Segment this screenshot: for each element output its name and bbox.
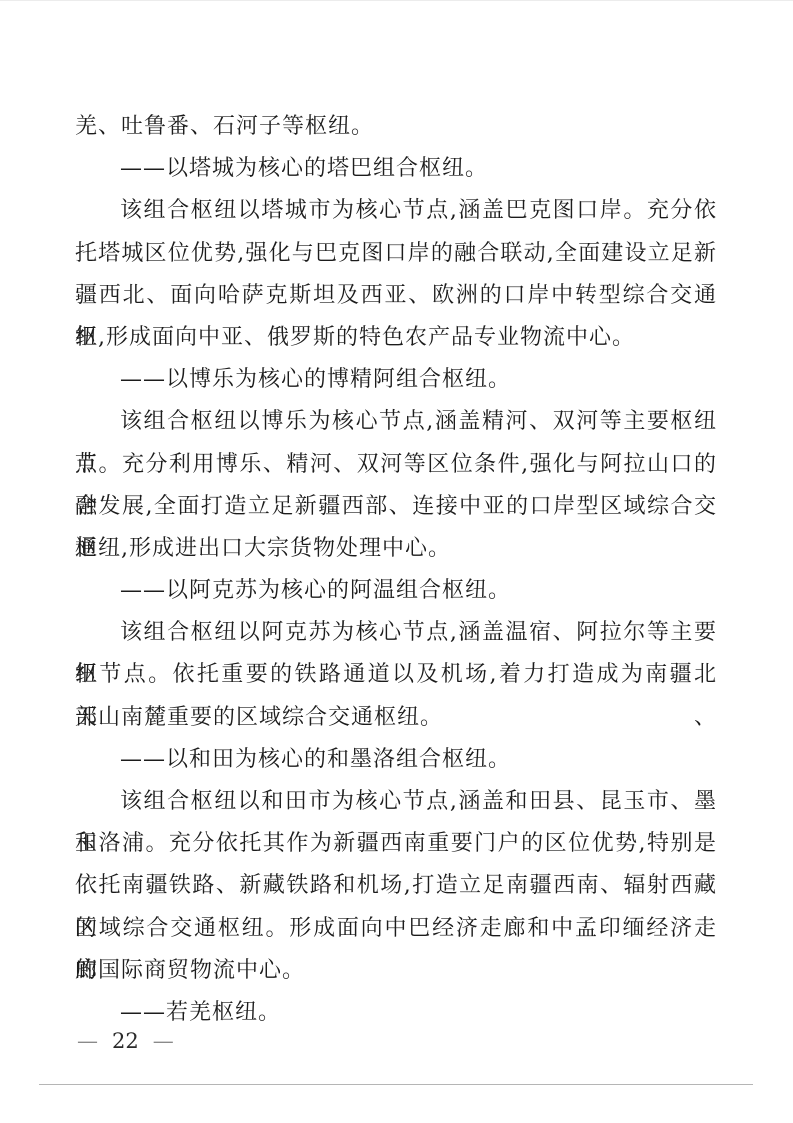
text-line: 合发展,全面打造立足新疆西部、连接中亚的口岸型区域综合交通 <box>75 486 717 528</box>
page-number: 22 <box>112 1029 139 1053</box>
text-line: 枢纽,形成进出口大宗货物处理中心。 <box>75 528 717 570</box>
text-line: ——以和田为核心的和墨洛组合枢纽。 <box>75 739 717 781</box>
text-line: 疆西北、面向哈萨克斯坦及西亚、欧洲的口岸中转型综合交通枢 <box>75 275 717 317</box>
text-line: 区域综合交通枢纽。形成面向中巴经济走廊和中孟印缅经济走廊 <box>75 908 717 950</box>
document-body: 羌、吐鲁番、石河子等枢纽。——以塔城为核心的塔巴组合枢纽。该组合枢纽以塔城市为核… <box>75 106 717 1034</box>
text-line: 纽,形成面向中亚、俄罗斯的特色农产品专业物流中心。 <box>75 317 717 359</box>
text-line: ——若羌枢纽。 <box>75 992 717 1034</box>
text-line: 纽节点。依托重要的铁路通道以及机场,着力打造成为南疆北部、 <box>75 654 717 696</box>
text-line: 该组合枢纽以和田市为核心节点,涵盖和田县、昆玉市、墨玉 <box>75 781 717 823</box>
text-line: 和洛浦。充分依托其作为新疆西南重要门户的区位优势,特别是 <box>75 823 717 865</box>
text-line: 羌、吐鲁番、石河子等枢纽。 <box>75 106 717 148</box>
footer-dash-right: — <box>153 1029 174 1053</box>
page-bottom-rule <box>39 1084 753 1085</box>
page-footer: — 22 — <box>77 1029 174 1053</box>
text-line: 托塔城区位优势,强化与巴克图口岸的融合联动,全面建设立足新 <box>75 233 717 275</box>
text-line: 点。充分利用博乐、精河、双河等区位条件,强化与阿拉山口的融 <box>75 444 717 486</box>
document-page: 羌、吐鲁番、石河子等枢纽。——以塔城为核心的塔巴组合枢纽。该组合枢纽以塔城市为核… <box>0 0 793 1123</box>
text-line: ——以博乐为核心的博精阿组合枢纽。 <box>75 359 717 401</box>
text-line: 依托南疆铁路、新藏铁路和机场,打造立足南疆西南、辐射西藏的 <box>75 865 717 907</box>
text-line: ——以塔城为核心的塔巴组合枢纽。 <box>75 148 717 190</box>
text-line: 的国际商贸物流中心。 <box>75 950 717 992</box>
footer-dash-left: — <box>77 1029 98 1053</box>
text-line: 该组合枢纽以塔城市为核心节点,涵盖巴克图口岸。充分依 <box>75 190 717 232</box>
text-line: ——以阿克苏为核心的阿温组合枢纽。 <box>75 570 717 612</box>
text-line: 该组合枢纽以博乐为核心节点,涵盖精河、双河等主要枢纽节 <box>75 401 717 443</box>
text-line: 该组合枢纽以阿克苏为核心节点,涵盖温宿、阿拉尔等主要枢 <box>75 612 717 654</box>
